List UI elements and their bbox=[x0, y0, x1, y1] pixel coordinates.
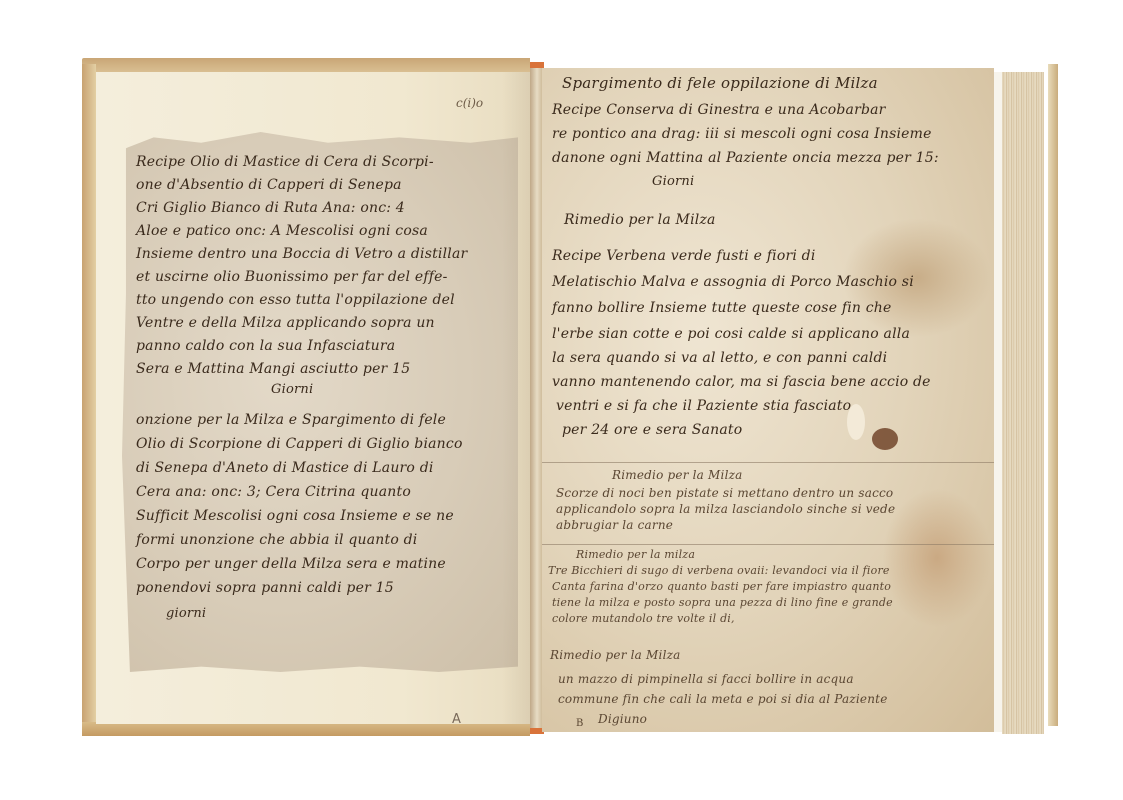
handwritten-line: Olio di Scorpione di Capperi di Giglio b… bbox=[136, 436, 463, 452]
handwritten-line: et uscirne olio Buonissimo per far del e… bbox=[136, 269, 448, 285]
handwritten-line: one d'Absentio di Capperi di Senepa bbox=[136, 177, 402, 193]
handwritten-line: tiene la milza e posto sopra una pezza d… bbox=[552, 596, 893, 609]
handwritten-heading: Rimedio per la Milza bbox=[550, 648, 681, 662]
open-manuscript-book: c(i)o A Recipe Olio di Mastice di Cera d… bbox=[82, 58, 1058, 738]
handwritten-heading: onzione per la Milza e Spargimento di fe… bbox=[136, 412, 446, 428]
handwritten-line: giorni bbox=[166, 606, 206, 621]
handwritten-line: Cri Giglio Bianco di Ruta Ana: onc: 4 bbox=[136, 200, 405, 216]
library-stamp-mark: A bbox=[452, 712, 461, 727]
vellum-cover-right-edge bbox=[1048, 64, 1058, 726]
handwritten-line: Cera ana: onc: 3; Cera Citrina quanto bbox=[136, 484, 411, 500]
section-divider-line bbox=[542, 462, 994, 463]
handwritten-line: Melatischio Malva e assognia di Porco Ma… bbox=[552, 274, 914, 290]
handwritten-line: danone ogni Mattina al Paziente oncia me… bbox=[552, 150, 939, 166]
corner-folio-note: c(i)o bbox=[456, 96, 483, 110]
handwritten-line: panno caldo con la sua Infasciatura bbox=[136, 338, 395, 354]
handwritten-line: Digiuno bbox=[598, 712, 647, 726]
handwritten-line: Scorze di noci ben pistate si mettano de… bbox=[556, 486, 893, 500]
handwritten-line: colore mutandolo tre volte il di, bbox=[552, 612, 735, 625]
handwritten-line: Recipe Verbena verde fusti e fiori di bbox=[552, 248, 816, 264]
left-page: c(i)o A Recipe Olio di Mastice di Cera d… bbox=[96, 72, 532, 724]
right-page: Spargimento di fele oppilazione di Milza… bbox=[542, 68, 994, 732]
text-block-fore-edge bbox=[1002, 72, 1044, 734]
handwritten-line: Sufficit Mescolisi ogni cosa Insieme e s… bbox=[136, 508, 454, 524]
handwritten-line: un mazzo di pimpinella si facci bollire … bbox=[558, 672, 854, 686]
handwritten-line: Aloe e patico onc: A Mescolisi ogni cosa bbox=[136, 223, 428, 239]
vellum-cover-top-edge bbox=[82, 58, 530, 72]
library-stamp-mark: B bbox=[576, 718, 584, 729]
handwritten-line: Recipe Olio di Mastice di Cera di Scorpi… bbox=[136, 154, 434, 170]
handwritten-line: per 24 ore e sera Sanato bbox=[562, 422, 742, 438]
handwritten-line: Giorni bbox=[652, 174, 694, 189]
handwritten-line: Recipe Conserva di Ginestra e una Acobar… bbox=[552, 102, 886, 118]
handwritten-line: Sera e Mattina Mangi asciutto per 15 bbox=[136, 361, 410, 377]
water-stain bbox=[882, 488, 992, 628]
ink-blot bbox=[872, 428, 898, 450]
handwritten-line: abbrugiar la carne bbox=[556, 518, 673, 532]
handwritten-line: Canta farina d'orzo quanto basti per far… bbox=[552, 580, 891, 593]
handwritten-line: Giorni bbox=[271, 382, 313, 397]
section-divider-line bbox=[542, 544, 994, 545]
vellum-cover-left-edge bbox=[82, 64, 96, 726]
handwritten-line: commune fin che cali la meta e poi si di… bbox=[558, 692, 888, 706]
vellum-cover-bottom-edge bbox=[82, 722, 530, 736]
handwritten-heading: Rimedio per la Milza bbox=[612, 468, 743, 482]
handwritten-line: fanno bollire Insieme tutte queste cose … bbox=[552, 300, 892, 316]
handwritten-line: re pontico ana drag: iii si mescoli ogni… bbox=[552, 126, 932, 142]
handwritten-line: ventri e si fa che il Paziente stia fasc… bbox=[556, 398, 851, 414]
handwritten-line: Tre Bicchieri di sugo di verbena ovaii: … bbox=[548, 564, 890, 577]
handwritten-heading: Rimedio per la Milza bbox=[564, 212, 716, 228]
handwritten-line: tto ungendo con esso tutta l'oppilazione… bbox=[136, 292, 455, 308]
handwritten-heading: Rimedio per la milza bbox=[576, 548, 695, 561]
handwritten-heading: Spargimento di fele oppilazione di Milza bbox=[562, 74, 878, 92]
handwritten-line: Insieme dentro una Boccia di Vetro a dis… bbox=[136, 246, 467, 262]
handwritten-line: di Senepa d'Aneto di Mastice di Lauro di bbox=[136, 460, 434, 476]
handwritten-line: la sera quando si va al letto, e con pan… bbox=[552, 350, 887, 366]
handwritten-line: formi unonzione che abbia il quanto di bbox=[136, 532, 417, 548]
handwritten-line: l'erbe sian cotte e poi cosi calde si ap… bbox=[552, 326, 910, 342]
handwritten-line: ponendovi sopra panni caldi per 15 bbox=[136, 580, 394, 596]
page-edge-strip bbox=[994, 72, 1002, 732]
handwritten-line: Corpo per unger della Milza sera e matin… bbox=[136, 556, 446, 572]
handwritten-line: vanno mantenendo calor, ma si fascia ben… bbox=[552, 374, 931, 390]
handwritten-line: Ventre e della Milza applicando sopra un bbox=[136, 315, 435, 331]
handwritten-line: applicandolo sopra la milza lasciandolo … bbox=[556, 502, 895, 516]
